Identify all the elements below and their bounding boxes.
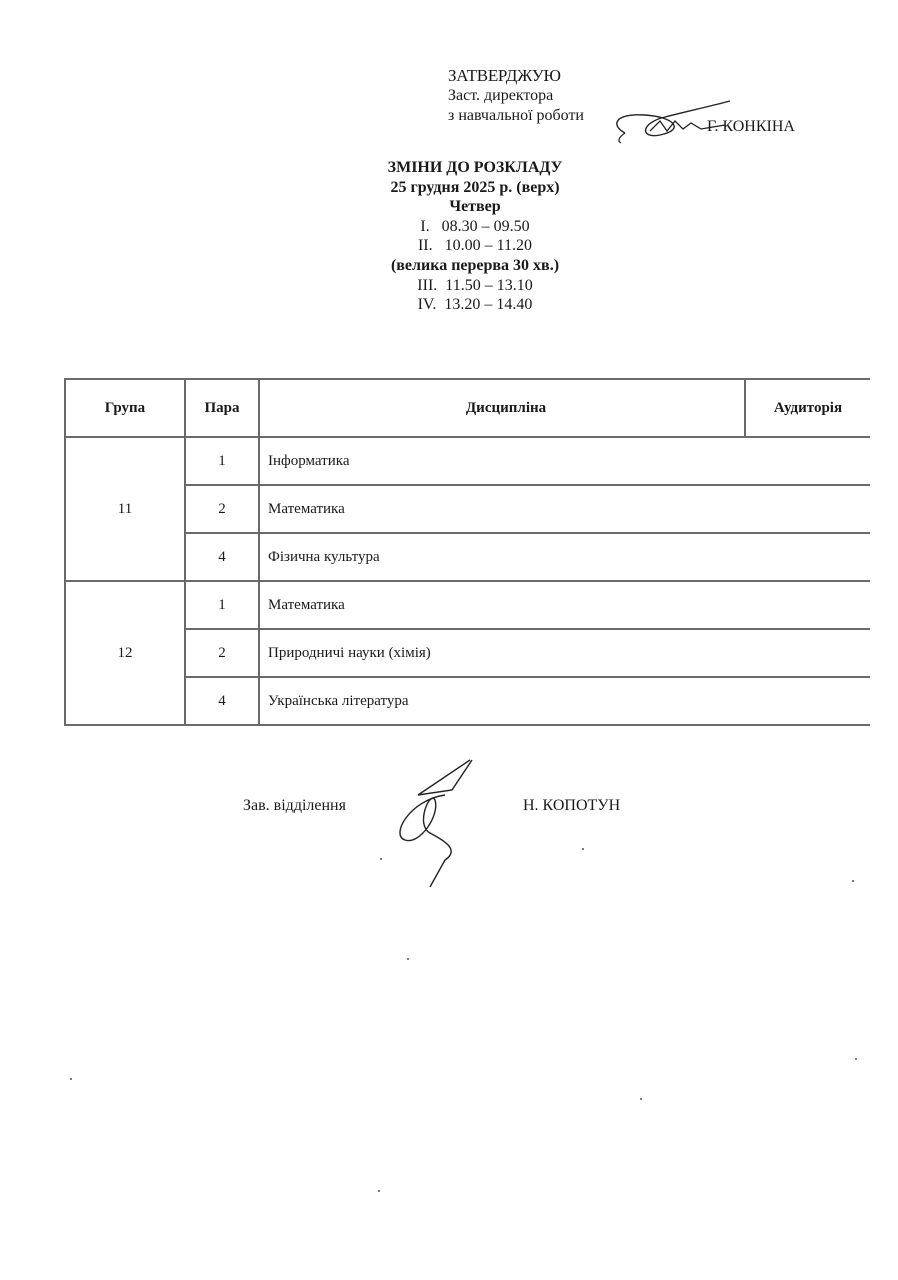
discipline-cell: Інформатика — [259, 437, 745, 485]
document-date: 25 грудня 2025 р. (верх) — [0, 178, 898, 198]
header-discipline: Дисципліна — [259, 379, 745, 437]
table-row: 2 Природничі науки (хімія) — [65, 629, 870, 677]
group-cell: 11 — [65, 437, 185, 581]
period-4: IV. 13.20 – 14.40 — [0, 295, 898, 315]
scan-speck — [70, 1078, 72, 1080]
approver-position-line2: з навчальної роботи — [448, 106, 584, 126]
period-1: I. 08.30 – 09.50 — [0, 217, 898, 237]
room-cell — [745, 629, 870, 677]
approval-title: ЗАТВЕРДЖУЮ — [448, 66, 584, 86]
header-group: Група — [65, 379, 185, 437]
pair-cell: 4 — [185, 677, 259, 725]
period-2: II. 10.00 – 11.20 — [0, 236, 898, 256]
table-header-row: Група Пара Дисципліна Аудиторія — [65, 379, 870, 437]
pair-cell: 4 — [185, 533, 259, 581]
discipline-cell: Математика — [259, 581, 745, 629]
scan-speck — [582, 848, 584, 850]
schedule-table: Група Пара Дисципліна Аудиторія 11 1 Інф… — [64, 378, 870, 726]
table-row: 4 Фізична культура — [65, 533, 870, 581]
discipline-cell: Фізична культура — [259, 533, 745, 581]
pair-cell: 1 — [185, 437, 259, 485]
room-cell — [745, 677, 870, 725]
table-row: 4 Українська література — [65, 677, 870, 725]
approver-position-line1: Заст. директора — [448, 86, 584, 106]
room-cell — [745, 533, 870, 581]
pair-cell: 2 — [185, 485, 259, 533]
schedule-heading: ЗМІНИ ДО РОЗКЛАДУ 25 грудня 2025 р. (вер… — [0, 158, 898, 315]
table-row: 11 1 Інформатика — [65, 437, 870, 485]
pair-cell: 1 — [185, 581, 259, 629]
document-title: ЗМІНИ ДО РОЗКЛАДУ — [0, 158, 898, 178]
head-of-department-label: Зав. відділення — [243, 797, 346, 815]
room-cell — [745, 437, 870, 485]
scan-speck — [378, 1190, 380, 1192]
table-row: 2 Математика — [65, 485, 870, 533]
scan-speck — [852, 880, 854, 882]
discipline-cell: Природничі науки (хімія) — [259, 629, 745, 677]
period-3: III. 11.50 – 13.10 — [0, 276, 898, 296]
pair-cell: 2 — [185, 629, 259, 677]
head-of-department-name: Н. КОПОТУН — [523, 797, 620, 815]
approver-name: Г. КОНКІНА — [707, 118, 795, 136]
approval-block: ЗАТВЕРДЖУЮ Заст. директора з навчальної … — [448, 66, 584, 126]
scan-speck — [855, 1058, 857, 1060]
header-pair: Пара — [185, 379, 259, 437]
discipline-cell: Українська література — [259, 677, 745, 725]
signature-icon — [390, 755, 480, 890]
scan-speck — [640, 1098, 642, 1100]
scan-speck — [407, 958, 409, 960]
scan-speck — [380, 858, 382, 860]
weekday: Четвер — [0, 197, 898, 217]
group-cell: 12 — [65, 581, 185, 725]
discipline-cell: Математика — [259, 485, 745, 533]
break-note: (велика перерва 30 хв.) — [0, 256, 898, 276]
room-cell — [745, 581, 870, 629]
header-room: Аудиторія — [745, 379, 870, 437]
table-row: 12 1 Математика — [65, 581, 870, 629]
room-cell — [745, 485, 870, 533]
